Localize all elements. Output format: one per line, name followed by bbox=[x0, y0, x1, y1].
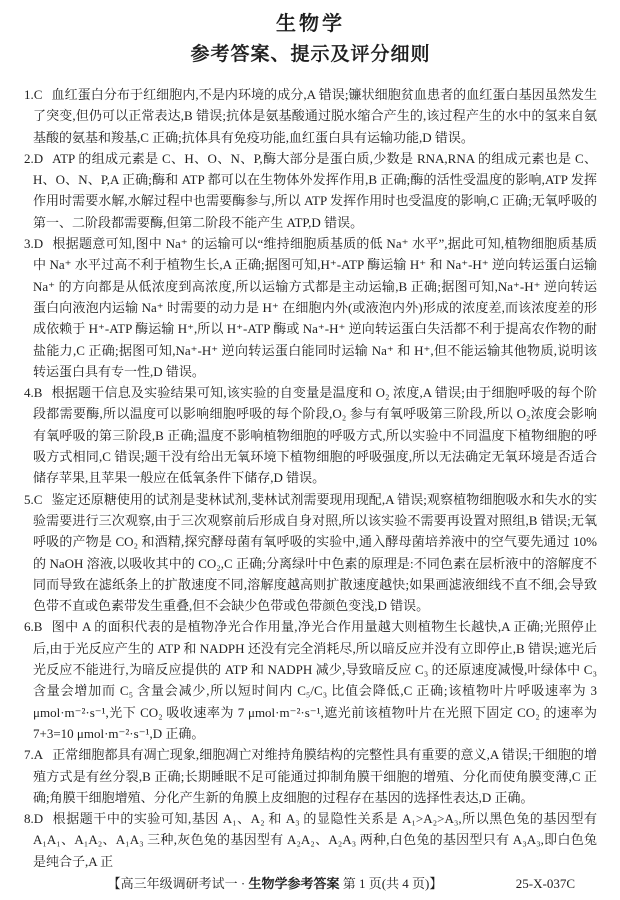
answer-explanation: 图中 A 的面积代表的是植物净光合作用量,净光合作用量越大则植物生长越快,A 正… bbox=[33, 619, 597, 740]
page-subtitle: 参考答案、提示及评分细则 bbox=[24, 42, 597, 68]
answer-explanation: 根据题意可知,图中 Na⁺ 的运输可以“维持细胞质基质的低 Na⁺ 水平”,据此… bbox=[33, 236, 597, 379]
answer-number-and-choice: 8.D bbox=[24, 811, 52, 826]
answer-explanation: 鉴定还原糖使用的试剂是斐林试剂,斐林试剂需要现用现配,A 错误;观察植物细胞吸水… bbox=[33, 492, 597, 613]
answer-item-3: 3.D根据题意可知,图中 Na⁺ 的运输可以“维持细胞质基质的低 Na⁺ 水平”… bbox=[24, 233, 597, 382]
page-header: 生物学 参考答案、提示及评分细则 bbox=[24, 10, 597, 68]
answer-number-and-choice: 2.D bbox=[24, 151, 52, 166]
answer-list: 1.C血红蛋白分布于红细胞内,不是内环境的成分,A 错误;镰状细胞贫血患者的血红… bbox=[24, 84, 597, 872]
footer-caption-prefix: 【高三年级调研考试一 · bbox=[108, 876, 249, 891]
answer-item-2: 2.DATP 的组成元素是 C、H、O、N、P,酶大部分是蛋白质,少数是 RNA… bbox=[24, 148, 597, 233]
answer-item-1: 1.C血红蛋白分布于红细胞内,不是内环境的成分,A 错误;镰状细胞贫血患者的血红… bbox=[24, 84, 597, 148]
answer-number-and-choice: 1.C bbox=[24, 87, 51, 102]
page-footer: 【高三年级调研考试一 · 生物学参考答案 第 1 页(共 4 页)】 25-X-… bbox=[0, 875, 620, 893]
answer-number-and-choice: 4.B bbox=[24, 385, 51, 400]
answer-explanation: 根据题干信息及实验结果可知,该实验的自变量是温度和 O₂ 浓度,A 错误;由于细… bbox=[33, 385, 597, 485]
answer-number-and-choice: 3.D bbox=[24, 236, 52, 251]
answer-explanation: 根据题干中的实验可知,基因 A₁、A₂ 和 A₃ 的显隐性关系是 A₁>A₂>A… bbox=[33, 811, 597, 869]
answer-item-4: 4.B根据题干信息及实验结果可知,该实验的自变量是温度和 O₂ 浓度,A 错误;… bbox=[24, 382, 597, 488]
answer-item-5: 5.C鉴定还原糖使用的试剂是斐林试剂,斐林试剂需要现用现配,A 错误;观察植物细… bbox=[24, 489, 597, 617]
answer-item-8: 8.D根据题干中的实验可知,基因 A₁、A₂ 和 A₃ 的显隐性关系是 A₁>A… bbox=[24, 808, 597, 872]
exam-answer-page: 生物学 参考答案、提示及评分细则 1.C血红蛋白分布于红细胞内,不是内环境的成分… bbox=[0, 0, 620, 900]
answer-explanation: ATP 的组成元素是 C、H、O、N、P,酶大部分是蛋白质,少数是 RNA,RN… bbox=[33, 151, 597, 230]
footer-caption-page-info: 第 1 页(共 4 页)】 bbox=[339, 876, 442, 891]
page-title: 生物学 bbox=[24, 10, 597, 38]
answer-number-and-choice: 6.B bbox=[24, 619, 51, 634]
answer-item-6: 6.B图中 A 的面积代表的是植物净光合作用量,净光合作用量越大则植物生长越快,… bbox=[24, 616, 597, 744]
answer-number-and-choice: 5.C bbox=[24, 492, 51, 507]
document-code: 25-X-037C bbox=[516, 875, 575, 893]
answer-item-7: 7.A正常细胞都具有凋亡现象,细胞凋亡对维持角膜结构的完整性具有重要的意义,A … bbox=[24, 744, 597, 808]
answer-explanation: 血红蛋白分布于红细胞内,不是内环境的成分,A 错误;镰状细胞贫血患者的血红蛋白基… bbox=[33, 87, 597, 145]
answer-number-and-choice: 7.A bbox=[24, 747, 52, 762]
footer-caption-subject: 生物学参考答案 bbox=[248, 876, 339, 891]
answer-explanation: 正常细胞都具有凋亡现象,细胞凋亡对维持角膜结构的完整性具有重要的意义,A 错误;… bbox=[33, 747, 597, 805]
